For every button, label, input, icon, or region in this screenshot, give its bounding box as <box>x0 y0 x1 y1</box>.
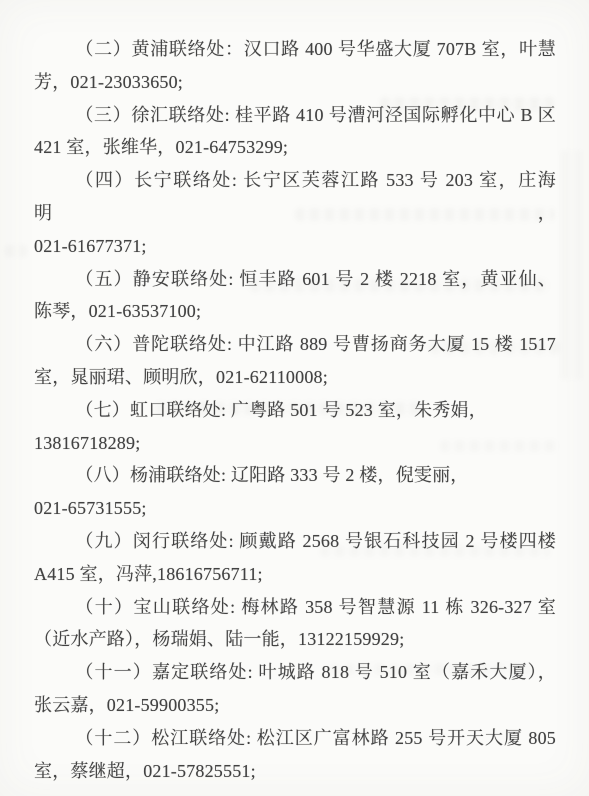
text-line: A415 室，冯萍,18616756711; <box>34 558 556 591</box>
scan-artifact <box>5 245 27 257</box>
text-line: （二）黄浦联络处：汉口路 400 号华盛大厦 707B 室，叶慧 <box>34 33 556 66</box>
liaison-entry-jiading: （十一）嘉定联络处: 叶城路 818 号 510 室（嘉禾大厦），张云嘉，021… <box>34 656 556 722</box>
document-body: （二）黄浦联络处：汉口路 400 号华盛大厦 707B 室，叶慧芳，021-23… <box>34 33 556 787</box>
text-line: 张云嘉，021-59900355; <box>34 689 556 722</box>
text-line: （十）宝山联络处: 梅林路 358 号智慧源 11 栋 326-327 室 <box>34 591 556 624</box>
text-line: （九）闵行联络处: 顾戴路 2568 号银石科技园 2 号楼四楼 <box>34 525 556 558</box>
text-line: 室，蔡继超，021-57825551; <box>34 755 556 788</box>
text-line: （八）杨浦联络处: 辽阳路 333 号 2 楼，倪雯丽， <box>34 459 556 492</box>
text-line: 陈琴，021-63537100; <box>34 295 556 328</box>
text-line: （近水产路），杨瑞娟、陆一能，13122159929; <box>34 623 556 656</box>
text-line: 021-61677371; <box>34 230 556 263</box>
text-line: （六）普陀联络处: 中江路 889 号曹扬商务大厦 15 楼 1517 <box>34 328 556 361</box>
text-line: 021-65731555; <box>34 492 556 525</box>
liaison-entry-baoshan: （十）宝山联络处: 梅林路 358 号智慧源 11 栋 326-327 室（近水… <box>34 591 556 657</box>
text-line: （十二）松江联络处: 松江区广富林路 255 号开天大厦 805 <box>34 722 556 755</box>
text-line: 421 室，张维华，021-64753299; <box>34 131 556 164</box>
liaison-entry-minhang: （九）闵行联络处: 顾戴路 2568 号银石科技园 2 号楼四楼A415 室，冯… <box>34 525 556 591</box>
text-line: （七）虹口联络处: 广粤路 501 号 523 室，朱秀娟， <box>34 394 556 427</box>
text-line: 芳，021-23033650; <box>34 66 556 99</box>
scanned-document-page: （二）黄浦联络处：汉口路 400 号华盛大厦 707B 室，叶慧芳，021-23… <box>0 0 589 796</box>
text-line: （十一）嘉定联络处: 叶城路 818 号 510 室（嘉禾大厦）， <box>34 656 556 689</box>
scan-artifact <box>560 150 582 380</box>
liaison-entry-xuhui: （三）徐汇联络处: 桂平路 410 号漕河泾国际孵化中心 B 区421 室，张维… <box>34 99 556 165</box>
text-line: 13816718289; <box>34 427 556 460</box>
text-line: （四）长宁联络处: 长宁区芙蓉江路 533 号 203 室，庄海明， <box>34 164 556 230</box>
liaison-entry-songjiang: （十二）松江联络处: 松江区广富林路 255 号开天大厦 805室，蔡继超，02… <box>34 722 556 788</box>
liaison-entry-putuo: （六）普陀联络处: 中江路 889 号曹扬商务大厦 15 楼 1517室，晁丽珺… <box>34 328 556 394</box>
liaison-entry-jingan: （五）静安联络处: 恒丰路 601 号 2 楼 2218 室，黄亚仙、陈琴，02… <box>34 263 556 329</box>
liaison-entry-huangpu: （二）黄浦联络处：汉口路 400 号华盛大厦 707B 室，叶慧芳，021-23… <box>34 33 556 99</box>
text-line: 室，晁丽珺、顾明欣，021-62110008; <box>34 361 556 394</box>
liaison-entry-yangpu: （八）杨浦联络处: 辽阳路 333 号 2 楼，倪雯丽，021-65731555… <box>34 459 556 525</box>
liaison-entry-hongkou: （七）虹口联络处: 广粤路 501 号 523 室，朱秀娟，1381671828… <box>34 394 556 460</box>
liaison-entry-changning: （四）长宁联络处: 长宁区芙蓉江路 533 号 203 室，庄海明，021-61… <box>34 164 556 262</box>
text-line: （五）静安联络处: 恒丰路 601 号 2 楼 2218 室，黄亚仙、 <box>34 263 556 296</box>
text-line: （三）徐汇联络处: 桂平路 410 号漕河泾国际孵化中心 B 区 <box>34 99 556 132</box>
